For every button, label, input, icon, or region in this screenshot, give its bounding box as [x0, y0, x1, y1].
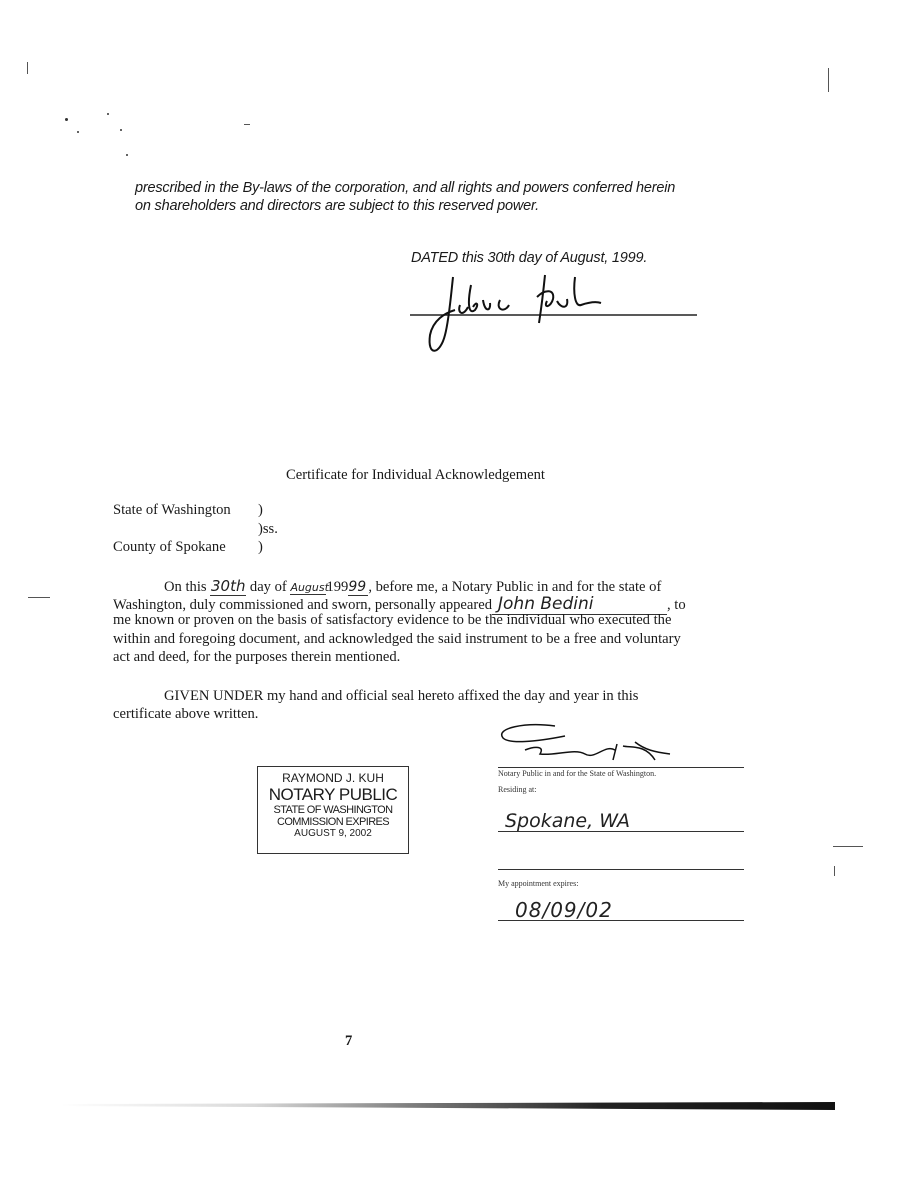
notary-stamp: RAYMOND J. KUH NOTARY PUBLIC STATE OF WA… [257, 766, 409, 854]
scan-speck [77, 131, 79, 133]
appointment-label: My appointment expires: [498, 879, 578, 888]
ack-month-field: August [290, 581, 326, 595]
stamp-state: STATE OF WASHINGTON [258, 805, 408, 816]
intro-line-1: prescribed in the By-laws of the corpora… [135, 180, 675, 196]
ack-text: Washington, duly commissioned and sworn,… [113, 597, 492, 613]
page-number: 7 [345, 1033, 352, 1050]
scan-speck [65, 118, 68, 121]
scan-mark [828, 68, 829, 92]
residing-label: Residing at: [498, 785, 536, 794]
given-line-2: certificate above written. [113, 706, 258, 723]
ack-text: day of [250, 579, 287, 595]
stamp-name: RAYMOND J. KUH [258, 772, 408, 784]
ack-line-3: me known or proven on the basis of satis… [113, 612, 671, 629]
ack-line-5: act and deed, for the purposes therein m… [113, 649, 400, 666]
scan-mark [27, 62, 28, 74]
ack-text: On this [164, 579, 207, 595]
stamp-commission: COMMISSION EXPIRES [258, 817, 408, 828]
handwritten-signature-icon [495, 720, 745, 770]
given-line-1: GIVEN UNDER my hand and official seal he… [164, 688, 638, 705]
handwritten-signature-icon [405, 265, 705, 365]
venue-state: State of Washington [113, 502, 231, 519]
scan-edge-streak [60, 1100, 835, 1110]
scan-mark [833, 846, 863, 847]
ack-text: 199 [326, 579, 348, 595]
stamp-expires: AUGUST 9, 2002 [258, 829, 408, 839]
ack-text: , to [667, 597, 686, 613]
residing-line [498, 831, 744, 832]
blank-line [498, 869, 744, 870]
ack-line-4: within and foregoing document, and ackno… [113, 631, 681, 648]
ack-text: , before me, a Notary Public in and for … [368, 579, 661, 595]
appointment-line [498, 920, 744, 921]
residing-value: Spokane, WA [505, 810, 630, 832]
venue-paren-1: ) [258, 502, 263, 519]
venue-paren-2: ) [258, 539, 263, 556]
notary-signature-line [498, 767, 744, 768]
appointment-value: 08/09/02 [515, 898, 613, 922]
intro-line-2: on shareholders and directors are subjec… [135, 198, 539, 214]
scan-speck [120, 129, 122, 131]
venue-ss: )ss. [258, 521, 278, 538]
dated-line: DATED this 30th day of August, 1999. [411, 250, 647, 266]
stamp-title: NOTARY PUBLIC [258, 786, 408, 803]
scan-speck [107, 113, 109, 115]
notary-signature [495, 720, 745, 770]
scan-speck [126, 154, 128, 156]
certificate-title: Certificate for Individual Acknowledgeme… [286, 467, 545, 484]
signature-john-bedini [405, 265, 705, 365]
scan-mark [28, 597, 50, 598]
notary-signature-caption: Notary Public in and for the State of Wa… [498, 769, 656, 778]
scan-mark [244, 124, 250, 125]
scan-mark [834, 866, 835, 876]
venue-county: County of Spokane [113, 539, 226, 556]
